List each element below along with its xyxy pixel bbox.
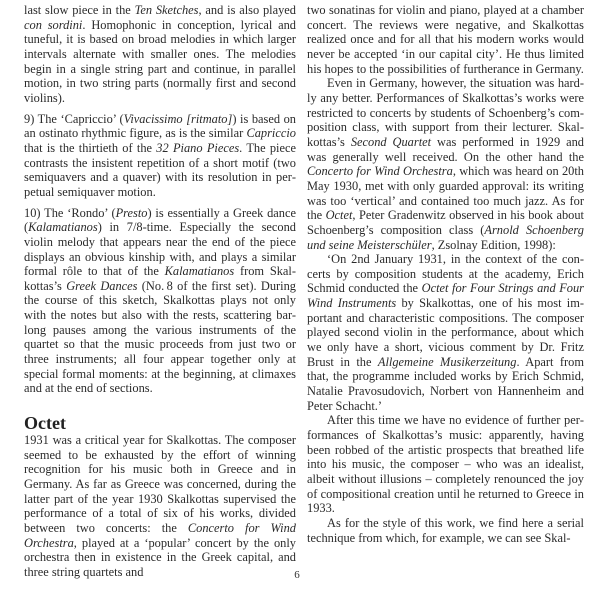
text-run: that is the thirtieth of the	[24, 141, 156, 155]
text-run: , and is also played	[199, 3, 297, 17]
tempo-marking: Presto	[116, 206, 148, 220]
text-run: 9) The ‘Capriccio’ (	[24, 112, 124, 126]
left-column: last slow piece in the Ten Sketches, and…	[24, 3, 296, 580]
paragraph-after-this-time: After this time we have no evidence of f…	[307, 413, 584, 516]
text-run: (No. 8 of the first set). During the cou…	[24, 279, 296, 396]
section-heading: Octet	[24, 413, 296, 433]
paragraph-germany: Even in Germany, however, the situation …	[307, 76, 584, 252]
publication-title: Allgemeine Musikerzeitung	[378, 355, 517, 369]
right-column: two sonatinas for violin and piano, play…	[307, 3, 584, 545]
paragraph-sonatinas: two sonatinas for violin and piano, play…	[307, 3, 584, 76]
work-title: 32 Piano Pieces	[156, 141, 239, 155]
paragraph-rondo: 10) The ‘Rondo’ (Presto) is essentially …	[24, 206, 296, 397]
italic-term: Kalamatianos	[165, 264, 235, 278]
text-run: As for the style of this work, we find h…	[307, 516, 584, 545]
page-number: 6	[0, 569, 594, 581]
text-run: last slow piece in the	[24, 3, 135, 17]
work-title: Greek Dances	[66, 279, 137, 293]
work-title: Ten Sketches	[135, 3, 199, 17]
text-run: two sonatinas for violin and piano, play…	[307, 3, 584, 76]
paragraph-capriccio: 9) The ‘Capriccio’ (Vivacissimo [ritmato…	[24, 112, 296, 200]
paragraph-style: As for the style of this work, we find h…	[307, 516, 584, 545]
text-run: 10) The ‘Rondo’ (	[24, 206, 116, 220]
work-title: Octet	[326, 208, 353, 222]
work-title: Capriccio	[246, 126, 296, 140]
paragraph-quotation: ‘On 2nd January 1931, in the context of …	[307, 252, 584, 413]
work-title: Concerto for Wind Orchestra	[307, 164, 453, 178]
paragraph-1931: 1931 was a critical year for Skalkottas.…	[24, 433, 296, 580]
text-run: 1931 was a critical year for Skalkottas.…	[24, 433, 296, 535]
paragraph-slow-piece: last slow piece in the Ten Sketches, and…	[24, 3, 296, 106]
work-title: Second Quartet	[351, 135, 431, 149]
text-run: , Zsolnay Edition, 1998):	[432, 238, 556, 252]
italic-term: Kalamatianos	[28, 220, 98, 234]
text-run: After this time we have no evidence of f…	[307, 413, 584, 515]
tempo-marking: Vivacissimo [ritmato]	[124, 112, 233, 126]
italic-term: con sordini	[24, 18, 82, 32]
